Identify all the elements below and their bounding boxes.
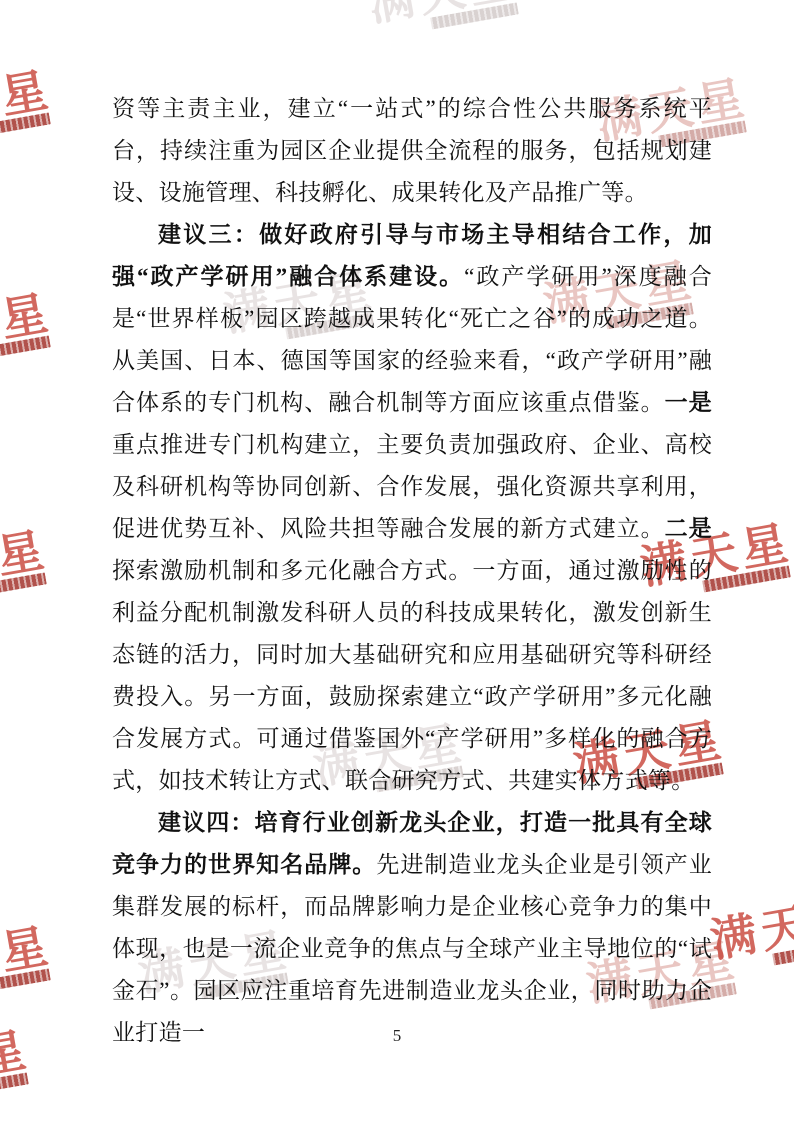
watermark-stamp: 满天星 bbox=[365, 0, 526, 40]
watermark-stamp: 满天星 bbox=[0, 289, 58, 373]
watermark-stamp: 满天星 bbox=[0, 526, 54, 610]
text-segment: 重点推进专门机构建立，主要负责加强政府、企业、高校及科研机构等协同创新、合作发展… bbox=[112, 432, 712, 541]
watermark-text: 满天星 bbox=[365, 0, 524, 28]
document-page: 满天星 满天星 满天星 满天星 满天星 满天星 满天星 满天星 满天星 满天星 … bbox=[0, 0, 794, 1123]
watermark-text: 满天星 bbox=[0, 289, 56, 361]
watermark-stamp: 满天星 bbox=[707, 892, 794, 976]
paragraph: 建议四：培育行业创新龙头企业，打造一批具有全球竞争力的世界知名品牌。先进制造业龙… bbox=[112, 802, 712, 1054]
document-body: 资等主责主业，建立“一站式”的综合性公共服务系统平台，持续注重为园区企业提供全流… bbox=[112, 88, 712, 1054]
paragraph: 资等主责主业，建立“一站式”的综合性公共服务系统平台，持续注重为园区企业提供全流… bbox=[112, 88, 712, 214]
text-segment: 探索激励机制和多元化融合方式。一方面，通过激励性的利益分配机制激发科研人员的科技… bbox=[112, 558, 712, 793]
watermark-text: 满天星 bbox=[0, 526, 52, 598]
watermark-text: 满天星 bbox=[0, 922, 56, 994]
text-segment-bold: 二是 bbox=[665, 516, 712, 541]
text-segment: 先进制造业龙头企业是引领产业集群发展的标杆，而品牌影响力是企业核心竞争力的集中体… bbox=[112, 852, 712, 1045]
watermark-stamp: 满天星 bbox=[0, 922, 58, 1006]
watermark-banner bbox=[430, 2, 519, 29]
watermark-banner bbox=[0, 572, 47, 599]
watermark-stamp: 满天星 bbox=[0, 66, 58, 150]
watermark-banner bbox=[702, 565, 791, 592]
paragraph: 建议三：做好政府引导与市场主导相结合工作，加强“政产学研用”融合体系建设。“政产… bbox=[112, 214, 712, 802]
page-number: 5 bbox=[0, 1024, 794, 1048]
watermark-banner bbox=[0, 1072, 29, 1099]
watermark-banner bbox=[0, 112, 51, 139]
watermark-banner bbox=[772, 938, 794, 965]
watermark-banner bbox=[0, 335, 51, 362]
text-segment-bold: 一是 bbox=[665, 390, 712, 415]
watermark-text: 满天星 bbox=[0, 66, 56, 138]
watermark-banner bbox=[0, 968, 51, 995]
text-segment: 资等主责主业，建立“一站式”的综合性公共服务系统平台，持续注重为园区企业提供全流… bbox=[112, 96, 712, 205]
watermark-text: 满天星 bbox=[707, 892, 794, 964]
